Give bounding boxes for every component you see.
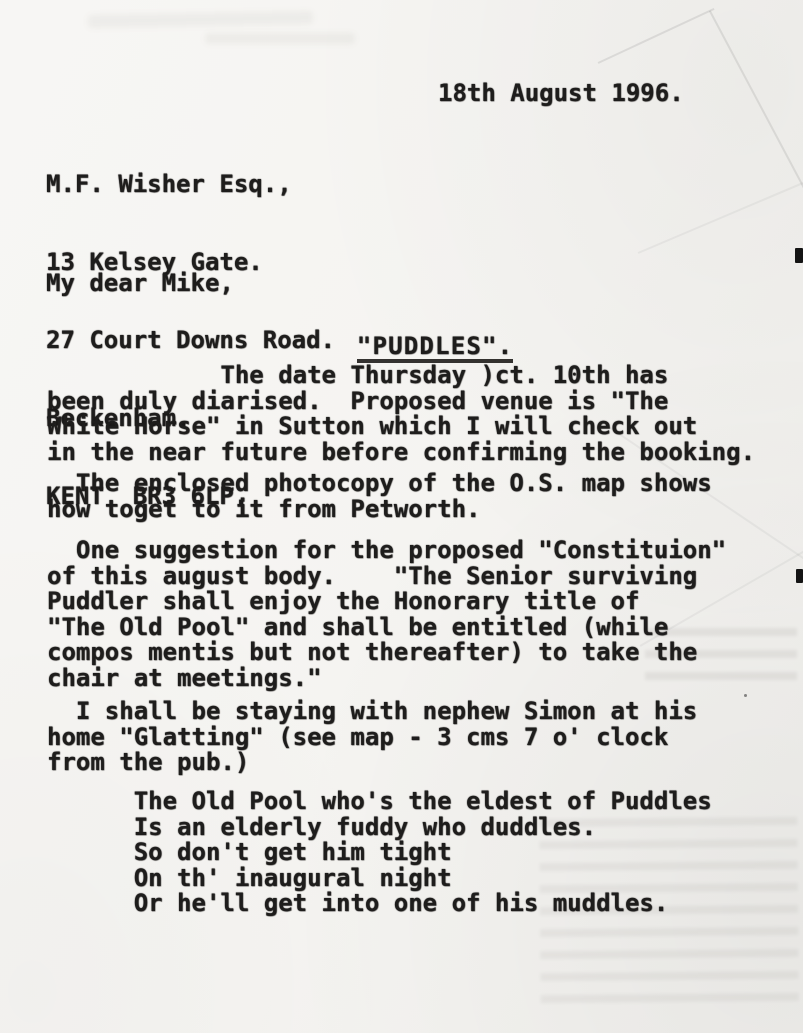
recipient-address-line: 27 Court Downs Road. bbox=[46, 327, 335, 353]
paragraph-1: The date Thursday )ct. 10th has been dul… bbox=[47, 363, 755, 465]
ghost-typing-smudge bbox=[88, 11, 313, 28]
paragraph-3: One suggestion for the proposed "Constit… bbox=[47, 538, 726, 691]
letter-date: 18th August 1996. bbox=[438, 81, 684, 107]
letter-title-text: "PUDDLES". bbox=[357, 334, 514, 364]
scan-edge-mark bbox=[796, 569, 803, 583]
crease-line bbox=[598, 8, 715, 64]
salutation: My dear Mike, bbox=[46, 271, 234, 297]
ink-speck bbox=[744, 694, 747, 697]
recipient-name: M.F. Wisher Esq., bbox=[46, 171, 335, 197]
scan-edge-mark bbox=[795, 248, 803, 263]
crease-line bbox=[638, 160, 803, 253]
poem: The Old Pool who's the eldest of Puddles… bbox=[47, 789, 712, 917]
paragraph-2: The enclosed photocopy of the O.S. map s… bbox=[47, 471, 712, 522]
crease-line bbox=[709, 10, 803, 209]
paragraph-4: I shall be staying with nephew Simon at … bbox=[47, 699, 697, 776]
letter-scan-page: 18th August 1996. M.F. Wisher Esq., 13 K… bbox=[0, 0, 803, 1033]
ghost-typing-smudge bbox=[205, 33, 355, 44]
